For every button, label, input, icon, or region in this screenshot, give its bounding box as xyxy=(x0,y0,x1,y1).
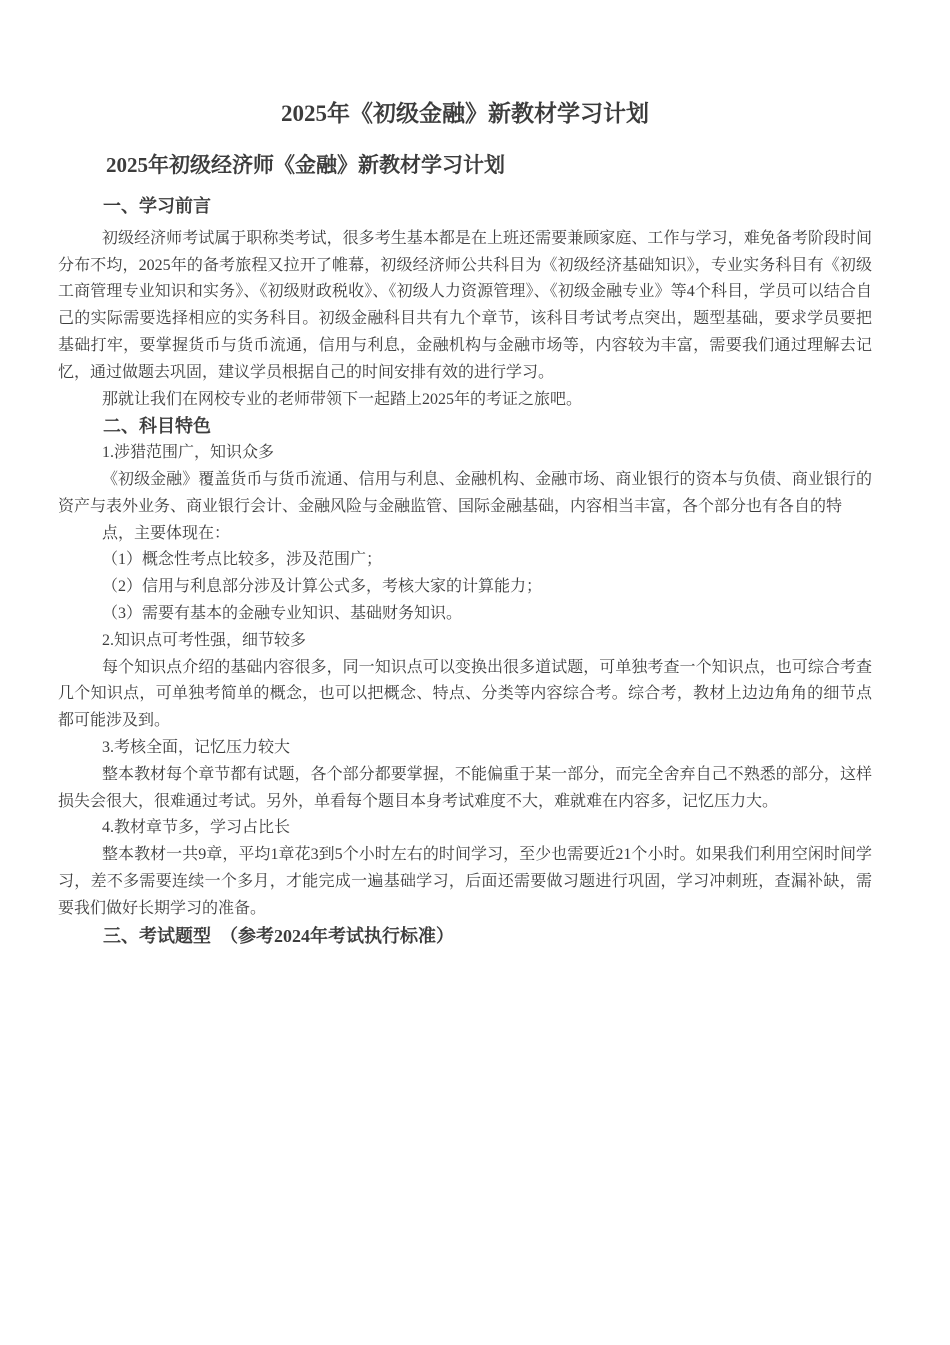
paragraph-feature-4-body: 整本教材一共9章，平均1章花3到5个小时左右的时间学习，至少也需要近21个小时。… xyxy=(58,842,872,922)
document-title: 2025年《初级金融》新教材学习计划 xyxy=(58,99,872,129)
paragraph-feature-1-title: 1.涉猎范围广，知识众多 xyxy=(58,440,872,467)
document-subtitle: 2025年初级经济师《金融》新教材学习计划 xyxy=(58,151,872,179)
paragraph-preface-intro: 初级经济师考试属于职称类考试，很多考生基本都是在上班还需要兼顾家庭、工作与学习，… xyxy=(58,226,872,387)
paragraph-feature-1-body-cont: 点，主要体现在： xyxy=(58,521,872,548)
paragraph-feature-3-title: 3.考核全面，记忆压力较大 xyxy=(58,735,872,762)
paragraph-feature-1-body: 《初级金融》覆盖货币与货币流通、信用与利息、金融机构、金融市场、商业银行的资本与… xyxy=(58,467,872,521)
section-heading-exam-question-types: 三、考试题型 （参考2024年考试执行标准） xyxy=(58,923,872,950)
paragraph-feature-point-1: （1）概念性考点比较多，涉及范围广； xyxy=(58,547,872,574)
paragraph-feature-2-title: 2.知识点可考性强，细节较多 xyxy=(58,628,872,655)
document-page: 2025年《初级金融》新教材学习计划 2025年初级经济师《金融》新教材学习计划… xyxy=(0,0,950,1345)
paragraph-preface-closing: 那就让我们在网校专业的老师带领下一起踏上2025年的考证之旅吧。 xyxy=(58,387,872,414)
paragraph-feature-3-body: 整本教材每个章节都有试题，各个部分都要掌握，不能偏重于某一部分，而完全舍弃自己不… xyxy=(58,762,872,816)
paragraph-feature-point-3: （3）需要有基本的金融专业知识、基础财务知识。 xyxy=(58,601,872,628)
section-heading-preface: 一、学习前言 xyxy=(58,193,872,220)
paragraph-feature-4-title: 4.教材章节多，学习占比长 xyxy=(58,815,872,842)
paragraph-feature-2-body: 每个知识点介绍的基础内容很多，同一知识点可以变换出很多道试题，可单独考查一个知识… xyxy=(58,655,872,735)
section-heading-subject-features: 二、科目特色 xyxy=(58,413,872,440)
paragraph-feature-point-2: （2）信用与利息部分涉及计算公式多，考核大家的计算能力； xyxy=(58,574,872,601)
